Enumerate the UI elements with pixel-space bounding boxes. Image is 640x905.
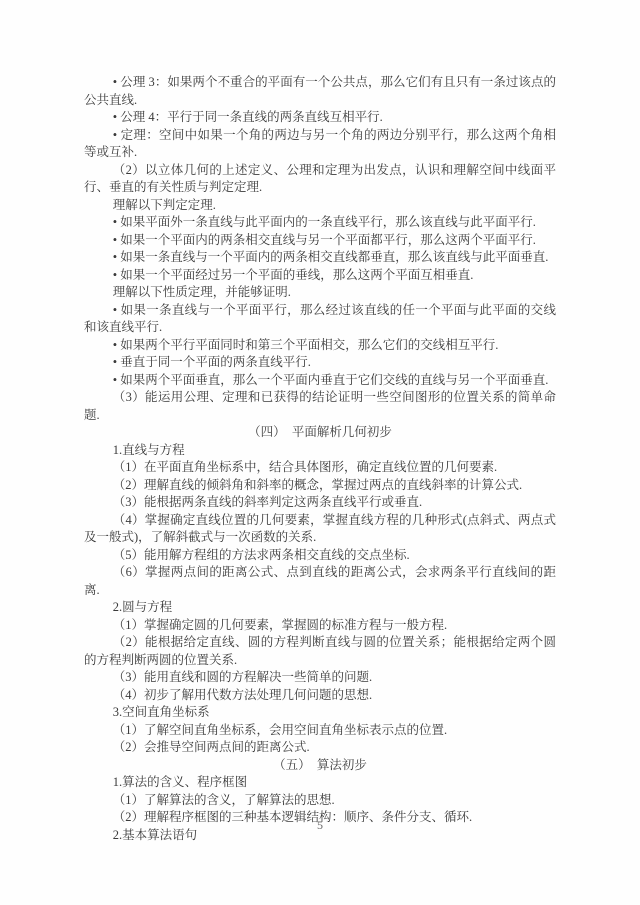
doc-line: 3.空间直角坐标系	[84, 704, 556, 722]
doc-line: 理解以下性质定理，并能够证明.	[84, 284, 556, 302]
section-heading: （四） 平面解析几何初步	[84, 424, 556, 442]
section-heading: （五） 算法初步	[84, 757, 556, 775]
document-page: • 公理 3：如果两个不重合的平面有一个公共点，那么它们有且只有一条过该点的公共…	[0, 0, 640, 905]
doc-line: 2.圆与方程	[84, 599, 556, 617]
doc-line: （2）以立体几何的上述定义、公理和定理为出发点，认识和理解空间中线面平行、垂直的…	[84, 162, 556, 197]
doc-line: • 如果平面外一条直线与此平面内的一条直线平行，那么该直线与此平面平行.	[84, 214, 556, 232]
doc-line: （2）会推导空间两点间的距离公式.	[84, 739, 556, 757]
doc-line: （6）掌握两点间的距离公式、点到直线的距离公式，会求两条平行直线间的距离.	[84, 564, 556, 599]
doc-line: （1）了解空间直角坐标系，会用空间直角坐标表示点的位置.	[84, 722, 556, 740]
doc-line: • 如果一个平面经过另一个平面的垂线，那么这两个平面互相垂直.	[84, 267, 556, 285]
doc-line: • 如果两个平行平面同时和第三个平面相交，那么它们的交线相互平行.	[84, 337, 556, 355]
doc-line: • 如果一个平面内的两条相交直线与另一个平面都平行，那么这两个平面平行.	[84, 232, 556, 250]
doc-line: • 定理：空间中如果一个角的两边与另一个角的两边分别平行，那么这两个角相等或互补…	[84, 127, 556, 162]
doc-line: （2）能根据给定直线、圆的方程判断直线与圆的位置关系；能根据给定两个圆的方程判断…	[84, 634, 556, 669]
doc-line: （3）能用直线和圆的方程解决一些简单的问题.	[84, 669, 556, 687]
doc-line: • 如果一条直线与一个平面内的两条相交直线都垂直，那么该直线与此平面垂直.	[84, 249, 556, 267]
doc-line: （1）掌握确定圆的几何要素，掌握圆的标准方程与一般方程.	[84, 617, 556, 635]
doc-line: （3）能根据两条直线的斜率判定这两条直线平行或垂直.	[84, 494, 556, 512]
doc-line: 1.直线与方程	[84, 442, 556, 460]
page-number: 5	[0, 818, 640, 833]
doc-line: • 公理 3：如果两个不重合的平面有一个公共点，那么它们有且只有一条过该点的公共…	[84, 74, 556, 109]
doc-line: • 如果一条直线与一个平面平行，那么经过该直线的任一个平面与此平面的交线和该直线…	[84, 302, 556, 337]
doc-line: （4）掌握确定直线位置的几何要素，掌握直线方程的几种形式(点斜式、两点式及一般式…	[84, 512, 556, 547]
doc-line: （2）理解直线的倾斜角和斜率的概念，掌握过两点的直线斜率的计算公式.	[84, 477, 556, 495]
doc-line: （5）能用解方程组的方法求两条相交直线的交点坐标.	[84, 547, 556, 565]
doc-line: • 公理 4：平行于同一条直线的两条直线互相平行.	[84, 109, 556, 127]
document-text-block: • 公理 3：如果两个不重合的平面有一个公共点，那么它们有且只有一条过该点的公共…	[84, 74, 556, 844]
doc-line: （1）了解算法的含义，了解算法的思想.	[84, 792, 556, 810]
doc-line: （4）初步了解用代数方法处理几何问题的思想.	[84, 687, 556, 705]
doc-line: 1.算法的含义、程序框图	[84, 774, 556, 792]
doc-line: （1）在平面直角坐标系中，结合具体图形，确定直线位置的几何要素.	[84, 459, 556, 477]
doc-line: （3）能运用公理、定理和已获得的结论证明一些空间图形的位置关系的简单命题.	[84, 389, 556, 424]
doc-line: • 如果两个平面垂直，那么一个平面内垂直于它们交线的直线与另一个平面垂直.	[84, 372, 556, 390]
doc-line: • 垂直于同一个平面的两条直线平行.	[84, 354, 556, 372]
doc-line: 理解以下判定定理.	[84, 197, 556, 215]
